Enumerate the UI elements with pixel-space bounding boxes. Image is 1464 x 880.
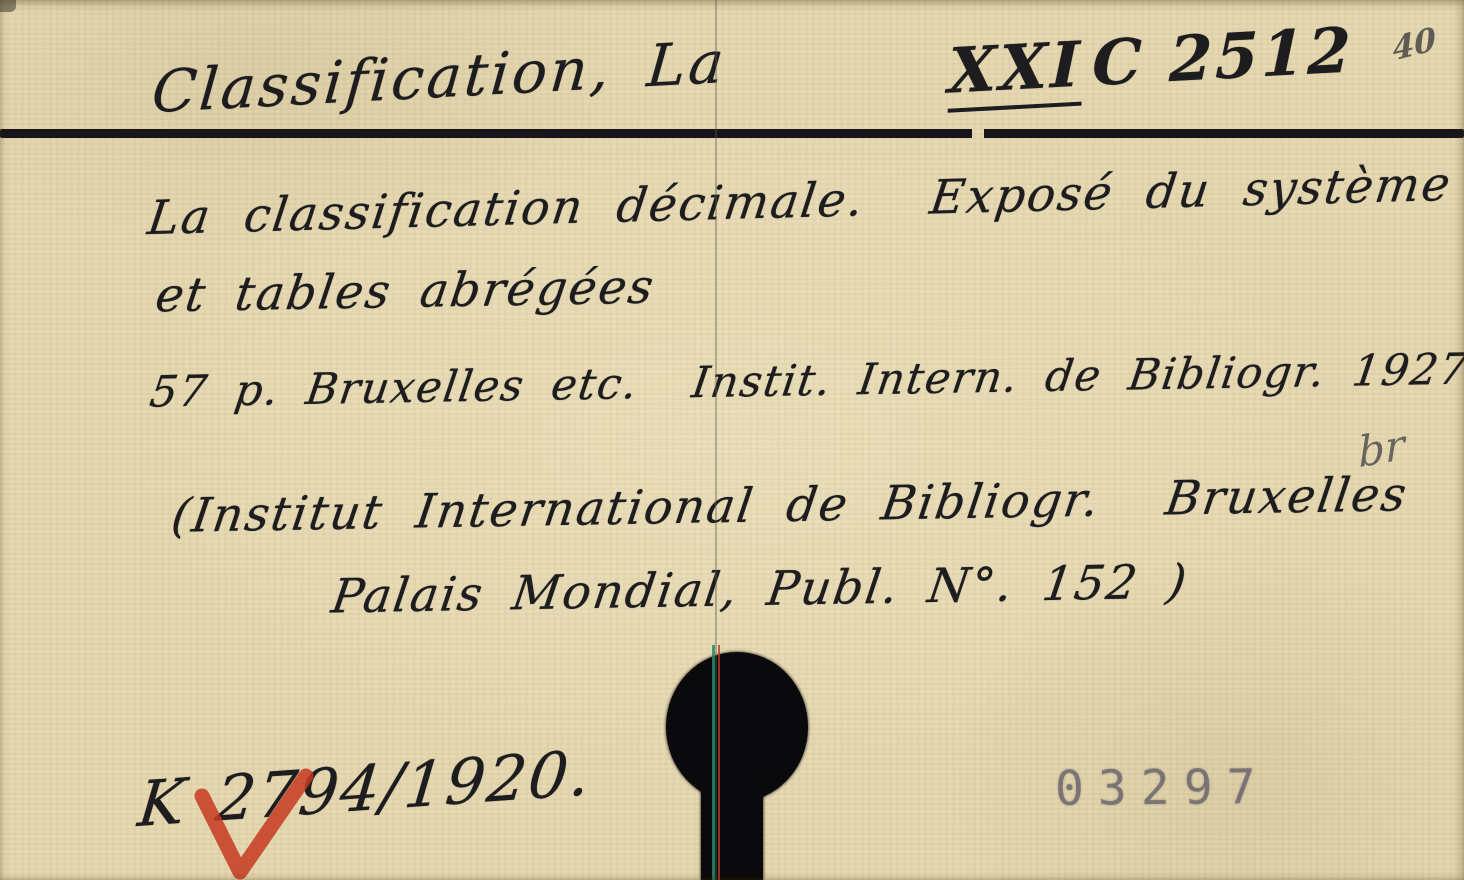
- shelfmark: XXIC 2512: [948, 19, 1354, 112]
- publisher-line-2: Palais Mondial, Publ. N°. 152 ): [329, 558, 1191, 620]
- publisher-line-1: (Institut International de Bibliogr. Bru…: [169, 471, 1411, 540]
- card-heading: Classification, La: [150, 33, 729, 121]
- corner-note: 40: [1392, 22, 1437, 65]
- accession-stamp: 03297: [1055, 763, 1270, 813]
- collation-line: 57 p. Bruxelles etc. Instit. Intern. de …: [147, 348, 1464, 414]
- scan-seam-line: [715, 0, 717, 880]
- catalog-card: Classification, La XXIC 2512 40 La class…: [0, 0, 1464, 880]
- shelfmark-roman: XXI: [948, 34, 1083, 113]
- punch-hole-stem: [701, 778, 763, 880]
- heading-rule: [0, 129, 1464, 138]
- shelfmark-number: C 2512: [1092, 13, 1354, 100]
- title-line-1: La classification décimale. Exposé du sy…: [145, 161, 1455, 242]
- red-checkmark: [188, 768, 318, 880]
- scan-seam-red-artifact: [718, 645, 720, 880]
- scan-corner-artifact: [0, 0, 16, 12]
- title-line-2: et tables abrégées: [153, 264, 658, 320]
- scan-seam-green-artifact: [712, 645, 715, 880]
